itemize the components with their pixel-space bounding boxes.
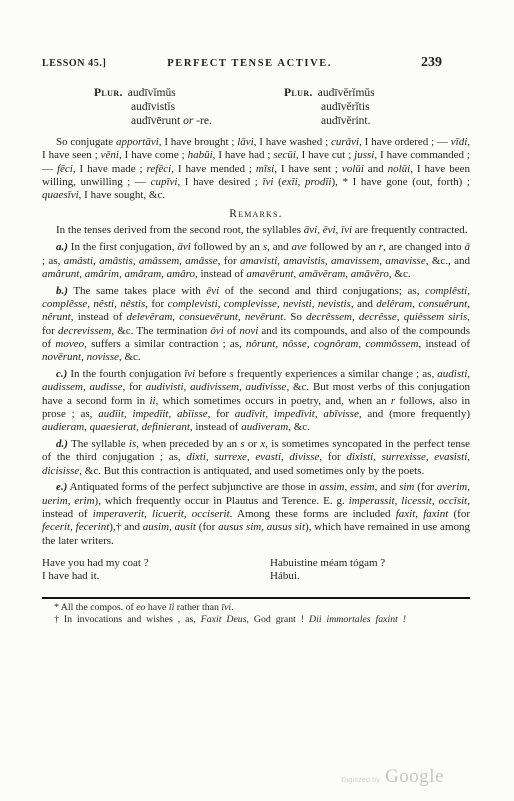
paradigm-row: Plur.audīvĕrĭmŭs <box>284 86 375 100</box>
verb-form: audīvĕrĭmŭs <box>318 87 375 99</box>
google-logo: Google <box>385 766 444 788</box>
english-phrase: Have you had my coat ? <box>42 557 270 571</box>
verb-form: audīvērunt or -re. <box>131 115 212 127</box>
running-head: LESSON 45.] PERFECT TENSE ACTIVE. 239 <box>42 55 470 71</box>
footnote-dagger: † In invocations and wishes , as, Faxit … <box>42 614 470 626</box>
paradigm-row: audīvĕrĭtis <box>284 100 375 114</box>
paradigm-row: audīvērunt or -re. <box>94 114 284 128</box>
plural-label: Plur. <box>94 87 123 99</box>
remark-item-a: a.) In the first conjugation, āvi follow… <box>42 241 470 281</box>
paradigm-row: audīvistĭs <box>94 100 284 114</box>
latin-phrase: Habuistine méam tógam ? <box>270 557 470 571</box>
remark-item-e: e.) Antiquated forms of the perfect subj… <box>42 481 470 547</box>
conjugation-paradigm: Plur.audīvĭmŭs audīvistĭs audīvērunt or … <box>42 86 470 128</box>
paradigm-row: audīvĕrint. <box>284 114 375 128</box>
paradigm-column-indicative: Plur.audīvĭmŭs audīvistĭs audīvērunt or … <box>94 86 284 128</box>
watermark-prefix: Digitized by <box>341 775 380 784</box>
dialogue-row: I have had it. Hábui. <box>42 570 470 584</box>
digitized-by-google-watermark: Digitized by Google <box>341 766 444 788</box>
verb-form: audīvistĭs <box>131 101 175 113</box>
remark-item-c: c.) In the fourth conjugation īvi before… <box>42 368 470 434</box>
verb-form: audīvĭmŭs <box>128 87 176 99</box>
paradigm-column-subjunctive: Plur.audīvĕrĭmŭs audīvĕrĭtis audīvĕrint. <box>284 86 375 128</box>
english-phrase: I have had it. <box>42 570 270 584</box>
remark-item-b: b.) The same takes place with ēvi of the… <box>42 285 470 365</box>
latin-phrase: Hábui. <box>270 570 470 584</box>
verb-form: audīvĕrĭtis <box>321 101 370 113</box>
exercise-dialogue: Have you had my coat ? Habuistine méam t… <box>42 557 470 584</box>
remarks-heading: Remarks. <box>42 208 470 220</box>
remarks-intro-paragraph: In the tenses derived from the second ro… <box>42 224 470 237</box>
verb-form: audīvĕrint. <box>321 115 371 127</box>
remark-item-d: d.) The syllable is, when preceded by an… <box>42 438 470 478</box>
plural-label: Plur. <box>284 87 313 99</box>
page-title: PERFECT TENSE ACTIVE. <box>92 58 407 69</box>
footnotes: * All the compos. of eo have ĭi rather t… <box>42 602 470 627</box>
conjugate-examples-paragraph: So conjugate apportāvi, I have brought ;… <box>42 136 470 202</box>
paradigm-row: Plur.audīvĭmŭs <box>94 86 284 100</box>
footnote-rule <box>42 597 470 599</box>
footnote-asterisk: * All the compos. of eo have ĭi rather t… <box>42 602 470 614</box>
book-page: LESSON 45.] PERFECT TENSE ACTIVE. 239 Pl… <box>0 0 514 801</box>
page-number: 239 <box>421 55 442 71</box>
dialogue-row: Have you had my coat ? Habuistine méam t… <box>42 557 470 571</box>
